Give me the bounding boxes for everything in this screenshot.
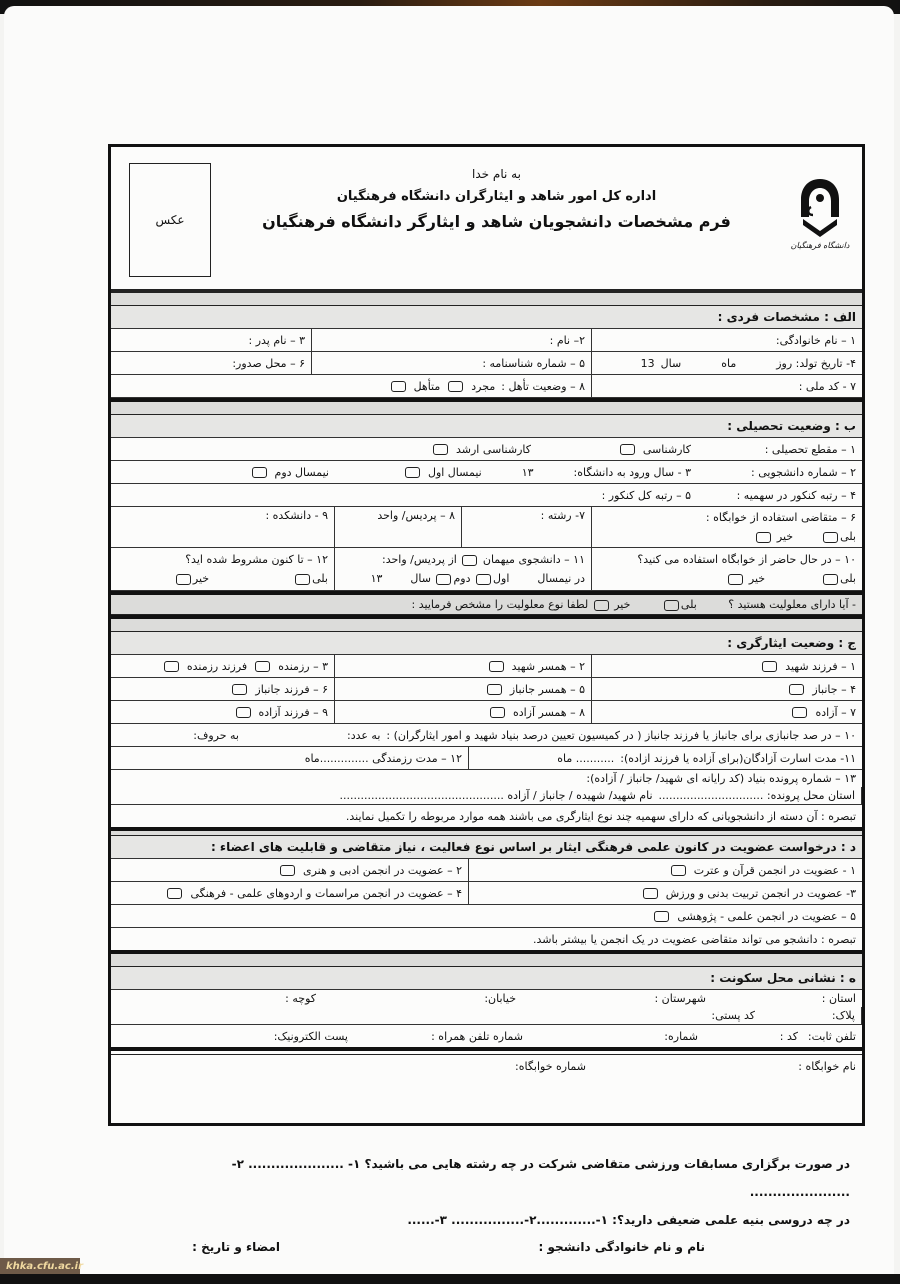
province-label[interactable]: استان : — [706, 992, 856, 1005]
section-divider — [111, 615, 862, 632]
current-yes-checkbox[interactable] — [823, 574, 838, 585]
row-sacrifice-2: ۴ – جانباز ۵ – همسر جانباز ۶ – فرزند جان… — [111, 678, 862, 701]
option-label: ۱ - عضویت در انجمن قرآن و عترت — [694, 864, 856, 877]
birth-date-field[interactable]: ۴- تاریخ تولد: روز ماه سال 13 — [592, 352, 862, 374]
disability-label: - آیا دارای معلولیت هستید ؟ — [728, 598, 856, 611]
section-b-title: ب : وضعیت تحصیلی : — [111, 415, 862, 438]
option-label: ۸ – همسر آزاده — [513, 706, 585, 719]
freed-child-option: ۹ – فرزند آزاده — [111, 701, 335, 723]
option-label: ۶ – فرزند جانباز — [255, 683, 328, 696]
probation-yes-label: بلی — [312, 572, 328, 585]
in-number-label: به عدد: — [347, 729, 380, 742]
row-names: ۱ – نام خانوادگی: ۲– نام : ۳ – نام پدر : — [111, 329, 862, 352]
address-line-2: پلاک: کد پستی: — [111, 1007, 862, 1024]
disability-specify-label: لطفا نوع معلولیت را مشخص فرمایید : — [412, 598, 589, 611]
section-divider — [111, 398, 862, 415]
sem1-checkbox[interactable] — [405, 467, 420, 478]
martyr-spouse-option: ۲ – همسر شهید — [335, 655, 592, 677]
mobile-label[interactable]: شماره تلفن همراه : — [348, 1030, 523, 1043]
probation-no-checkbox[interactable] — [176, 574, 191, 585]
martyr-child-option: ۱ – فرزند شهید — [592, 655, 862, 677]
photo-box: عکس — [129, 163, 211, 277]
c-note-text: تبصره : آن دسته از دانشجویانی که دارای س… — [346, 810, 856, 823]
martyr-name-label: نام شهید/ شهیده / جانباز / آزاده .......… — [340, 789, 653, 802]
total-rank-field[interactable]: ۵ – رتبه کل کنکور : — [111, 484, 697, 506]
section-divider — [111, 291, 862, 306]
dorm-yes-label: بلی — [840, 530, 856, 543]
freed-spouse-option: ۸ – همسر آزاده — [335, 701, 592, 723]
martyr-child-checkbox[interactable] — [762, 661, 777, 672]
row-student-no: ۲ – شماره دانشجویی : ۳ - سال ورود به دان… — [111, 461, 862, 484]
disability-row: - آیا دارای معلولیت هستید ؟ بلی خیر لطفا… — [111, 591, 862, 615]
option-label: ۴ – جانباز — [812, 683, 856, 696]
captivity-label: ۱۱- مدت اسارت آزادگان(برای آزاده یا فرزن… — [620, 752, 856, 765]
sports-assoc-checkbox[interactable] — [643, 888, 658, 899]
single-label: مجرد — [471, 380, 495, 393]
veteran-checkbox[interactable] — [255, 661, 270, 672]
major-field[interactable]: ۷- رشته : — [462, 507, 592, 547]
section-d-title: د : درخواست عضویت در کانون علمی فرهنگی ا… — [111, 836, 862, 859]
city-label[interactable]: شهرستان : — [516, 992, 706, 1005]
row-dorm-info: نام خوابگاه : شماره خوابگاه: — [111, 1055, 862, 1077]
section-a-title: الف : مشخصات فردی : — [111, 306, 862, 329]
national-code-field[interactable]: ۷ - کد ملی : — [592, 375, 862, 397]
quran-assoc-checkbox[interactable] — [671, 865, 686, 876]
combat-label: ۱۲ – مدت رزمندگی ..............ماه — [305, 752, 462, 765]
level-label-cell: ۱ – مقطع تحصیلی : — [697, 438, 862, 460]
campus-label: ۸ – پردیس/ واحد — [377, 509, 455, 522]
dorm-no-label[interactable]: شماره خوابگاه: — [515, 1060, 586, 1073]
veteran-option: ۳ – رزمنده فرزند رزمنده — [111, 655, 335, 677]
row-d-note: تبصره : دانشجو می تواند متقاضی عضویت در … — [111, 928, 862, 950]
disabled-child-option: ۶ – فرزند جانباز — [111, 678, 335, 700]
row-assoc-1: ۱ - عضویت در انجمن قرآن و عترت ۲ – عضویت… — [111, 859, 862, 882]
d-note: تبصره : دانشجو می تواند متقاضی عضویت در … — [527, 928, 862, 950]
entry-year-field: ۳ - سال ورود به دانشگاه: ۱۳ نیمسال اول ن… — [111, 461, 697, 483]
landline-label: تلفن ثابت: — [798, 1030, 856, 1043]
disability-no-label: خیر — [614, 598, 630, 611]
footer-questions: در صورت برگزاری مسابقات ورزشی متقاضی شرک… — [130, 1150, 850, 1234]
research-assoc-option: ۵ – عضویت در انجمن علمی - پژوهشی — [646, 905, 862, 927]
student-info-form: عکس دانشگاه فرهنگیان به نام خدا اداره کل… — [108, 144, 865, 1126]
row-dorm: ۶ – متقاضی استفاده از خوابگاه : بلیخیر ۷… — [111, 507, 862, 548]
national-code-label: ۷ - کد ملی : — [799, 380, 856, 393]
option-label: ۲ – عضویت در انجمن ادبی و هنری — [303, 864, 462, 877]
row-rank: ۴ – رتبه کنکور در سهمیه : ۵ – رتبه کل کن… — [111, 484, 862, 507]
year-value: 13 — [641, 357, 655, 370]
signature-date[interactable]: امضاء و تاریخ : — [192, 1240, 280, 1254]
option-label: ۹ – فرزند آزاده — [259, 706, 328, 719]
postal-code-label[interactable]: کد پستی: — [711, 1009, 755, 1022]
disabled-spouse-checkbox[interactable] — [487, 684, 502, 695]
captivity-field[interactable]: ۱۱- مدت اسارت آزادگان(برای آزاده یا فرزن… — [469, 747, 862, 769]
section-divider — [111, 1047, 862, 1055]
captivity-unit: ........... ماه — [557, 752, 614, 765]
research-assoc-checkbox[interactable] — [654, 911, 669, 922]
file-no-field[interactable]: ۱۳ – شماره پرونده بنیاد (کد رایانه ای شه… — [580, 770, 862, 787]
literary-assoc-checkbox[interactable] — [280, 865, 295, 876]
office-title: اداره کل امور شاهد و ایثارگران دانشگاه ف… — [241, 189, 752, 204]
faculty-label: ۹ - دانشکده : — [265, 509, 328, 522]
married-label: متأهل — [414, 380, 441, 393]
married-checkbox[interactable] — [391, 381, 406, 392]
row-level: ۱ – مقطع تحصیلی : کارشناسی کارشناسی ارشد — [111, 438, 862, 461]
section-e-title: ه : نشانی محل سکونت : — [111, 967, 862, 990]
entry-year-label: ۳ - سال ورود به دانشگاه: — [574, 466, 691, 479]
form-titles: به نام خدا اداره کل امور شاهد و ایثارگرا… — [241, 167, 752, 231]
sports-assoc-option: ۳- عضویت در انجمن تربیت بدنی و ورزش — [469, 882, 862, 904]
dorm-no-label: خیر — [777, 530, 793, 543]
option-label: ۴ – عضویت در انجمن مراسمات و اردوهای علم… — [190, 887, 462, 900]
master-label: کارشناسی ارشد — [456, 443, 531, 456]
campus-field[interactable]: ۸ – پردیس/ واحد — [335, 507, 462, 547]
family-name-label: ۱ – نام خانوادگی: — [776, 334, 856, 347]
section-c-title: ج : وضعیت ایثارگری : — [111, 632, 862, 655]
first-checkbox[interactable] — [476, 574, 491, 585]
guest-student-field: ۱۱ – دانشجوی میهمان از پردیس/ واحد: در ن… — [335, 548, 592, 590]
option-label: ۳ – رزمنده — [278, 660, 328, 673]
disability-percent-label: ۱۰ – در صد جانبازی برای جانباز یا فرزند … — [386, 729, 856, 742]
university-logo: دانشگاه فرهنگیان — [790, 177, 850, 261]
current-no-label: خیر — [749, 572, 765, 585]
freed-pow-checkbox[interactable] — [792, 707, 807, 718]
dorm-yes-checkbox[interactable] — [823, 532, 838, 543]
d-note-text: تبصره : دانشجو می تواند متقاضی عضویت در … — [533, 933, 856, 946]
option-label: ۲ – همسر شهید — [512, 660, 585, 673]
probation-yes-checkbox[interactable] — [295, 574, 310, 585]
sem2-label: نیمسال دوم — [275, 466, 329, 479]
from-campus-label: از پردیس/ واحد: — [382, 553, 457, 566]
dorm-current-label: ۱۰ – در حال حاضر از خوابگاه استفاده می ک… — [637, 553, 856, 566]
freed-child-checkbox[interactable] — [236, 707, 251, 718]
second-checkbox[interactable] — [436, 574, 451, 585]
literary-assoc-option: ۲ – عضویت در انجمن ادبی و هنری — [111, 859, 469, 881]
freed-spouse-checkbox[interactable] — [490, 707, 505, 718]
background-edge — [0, 1274, 900, 1284]
quran-assoc-option: ۱ - عضویت در انجمن قرآن و عترت — [469, 859, 862, 881]
c-note: تبصره : آن دسته از دانشجویانی که دارای س… — [340, 805, 862, 827]
street-label[interactable]: خیابان: — [316, 992, 516, 1005]
phone-line: تلفن ثابت: کد : شماره: شماره تلفن همراه … — [111, 1025, 862, 1047]
dorm-info-line: نام خوابگاه : شماره خوابگاه: — [509, 1055, 862, 1077]
freed-pow-option: ۷ – آزاده — [592, 701, 862, 723]
disability-yes-label: بلی — [681, 598, 697, 611]
bachelor-checkbox[interactable] — [620, 444, 635, 455]
sem2-checkbox[interactable] — [252, 467, 267, 478]
plaque-label[interactable]: پلاک: — [755, 1009, 855, 1022]
option-label: ۵ – عضویت در انجمن علمی - پژوهشی — [677, 910, 856, 923]
bismillah: به نام خدا — [241, 167, 752, 181]
row-sacrifice-3: ۷ – آزاده ۸ – همسر آزاده ۹ – فرزند آزاده — [111, 701, 862, 724]
ceremony-assoc-option: ۴ – عضویت در انجمن مراسمات و اردوهای علم… — [111, 882, 469, 904]
photo-label: عکس — [155, 213, 184, 227]
issue-place-label: ۶ – محل صدور: — [232, 357, 305, 370]
in-words-label: به حروف: — [193, 729, 239, 742]
in-semester-label: در نیمسال — [537, 572, 585, 585]
option-label: ۷ – آزاده — [815, 706, 856, 719]
weak-subjects-question[interactable]: در چه دروسی بنیه علمی ضعیفی دارید؟: ۱-..… — [130, 1206, 850, 1234]
single-checkbox[interactable] — [448, 381, 463, 392]
row-address: استان : شهرستان : خیابان: کوچه : پلاک: ک… — [111, 990, 862, 1025]
guest-year-prefix: ۱۳ — [371, 572, 383, 585]
section-divider — [111, 950, 862, 967]
row-national: ۷ - کد ملی : ۸ – وضعیت تأهل : مجرد متأهل — [111, 375, 862, 398]
month-label: ماه — [721, 357, 736, 370]
second-label: دوم — [453, 572, 470, 585]
total-rank-label: ۵ – رتبه کل کنکور : — [602, 489, 691, 502]
form-title: فرم مشخصات دانشجویان شاهد و ایثارگر دانش… — [241, 212, 752, 231]
option-label: ۳- عضویت در انجمن تربیت بدنی و ورزش — [666, 887, 856, 900]
option-label: فرزند رزمنده — [187, 660, 247, 673]
family-name-field[interactable]: ۱ – نام خانوادگی: — [592, 329, 862, 351]
quota-rank-field[interactable]: ۴ – رتبه کنکور در سهمیه : — [697, 484, 862, 506]
row-assoc-2: ۳- عضویت در انجمن تربیت بدنی و ورزش ۴ – … — [111, 882, 862, 905]
probation-label: ۱۲ – تا کنون مشروط شده اید؟ — [185, 553, 328, 566]
address-line-1: استان : شهرستان : خیابان: کوچه : — [111, 990, 862, 1007]
form-header: عکس دانشگاه فرهنگیان به نام خدا اداره کل… — [111, 147, 862, 291]
student-no-field[interactable]: ۲ – شماره دانشجویی : — [697, 461, 862, 483]
option-label: ۵ – همسر جانباز — [510, 683, 585, 696]
logo-icon — [797, 177, 843, 239]
file-province-field[interactable]: استان محل پرونده: ......................… — [334, 787, 862, 804]
combat-field[interactable]: ۱۲ – مدت رزمندگی ..............ماه — [111, 747, 469, 769]
option-label: ۱ – فرزند شهید — [785, 660, 856, 673]
probation-no-label: خیر — [193, 572, 209, 585]
father-name-label: ۳ – نام پدر : — [249, 334, 306, 347]
bachelor-label: کارشناسی — [643, 443, 691, 456]
current-no-checkbox[interactable] — [728, 574, 743, 585]
dorm-current-field: ۱۰ – در حال حاضر از خوابگاه استفاده می ک… — [592, 548, 862, 590]
row-file: ۱۳ – شماره پرونده بنیاد (کد رایانه ای شه… — [111, 770, 862, 805]
entry-year-prefix: ۱۳ — [522, 466, 534, 479]
sports-question[interactable]: در صورت برگزاری مسابقات ورزشی متقاضی شرک… — [130, 1150, 850, 1206]
code-label[interactable]: کد : — [698, 1030, 798, 1043]
issue-place-field[interactable]: ۶ – محل صدور: — [111, 352, 312, 374]
master-checkbox[interactable] — [433, 444, 448, 455]
disabled-veteran-option: ۴ – جانباز — [592, 678, 862, 700]
file-province-label: استان محل پرونده: ......................… — [659, 789, 855, 802]
guest-label: ۱۱ – دانشجوی میهمان — [483, 553, 585, 566]
major-label: ۷- رشته : — [541, 509, 585, 522]
number-label[interactable]: شماره: — [523, 1030, 698, 1043]
guest-checkbox[interactable] — [462, 555, 477, 566]
quota-rank-label: ۴ – رتبه کنکور در سهمیه : — [737, 489, 856, 502]
row-birth: ۴- تاریخ تولد: روز ماه سال 13 ۵ – شماره … — [111, 352, 862, 375]
level-label: ۱ – مقطع تحصیلی : — [765, 443, 856, 456]
disabled-child-checkbox[interactable] — [232, 684, 247, 695]
year-label: سال — [661, 357, 682, 370]
birth-date-label: ۴- تاریخ تولد: روز — [776, 357, 856, 370]
current-yes-label: بلی — [840, 572, 856, 585]
sem1-label: نیمسال اول — [428, 466, 482, 479]
veteran-child-checkbox[interactable] — [164, 661, 179, 672]
marital-status-field: ۸ – وضعیت تأهل : مجرد متأهل — [111, 375, 592, 397]
row-captivity: ۱۱- مدت اسارت آزادگان(برای آزاده یا فرزن… — [111, 747, 862, 770]
row-sacrifice-1: ۱ – فرزند شهید ۲ – همسر شهید ۳ – رزمنده … — [111, 655, 862, 678]
disability-yes-checkbox[interactable] — [664, 600, 679, 611]
id-number-label: ۵ – شماره شناسنامه : — [482, 357, 585, 370]
disabled-veteran-checkbox[interactable] — [789, 684, 804, 695]
dorm-no-checkbox[interactable] — [756, 532, 771, 543]
disability-percent-field[interactable]: ۱۰ – در صد جانبازی برای جانباز یا فرزند … — [111, 724, 862, 746]
row-phone: تلفن ثابت: کد : شماره: شماره تلفن همراه … — [111, 1025, 862, 1047]
row-assoc-3: ۵ – عضویت در انجمن علمی - پژوهشی — [111, 905, 862, 928]
faculty-field[interactable]: ۹ - دانشکده : — [111, 507, 335, 547]
guest-year-label: سال — [410, 572, 431, 585]
disability-no-checkbox[interactable] — [594, 600, 609, 611]
bachelor-option: کارشناسی — [537, 438, 697, 460]
master-option: کارشناسی ارشد — [111, 438, 537, 460]
file-no-label: ۱۳ – شماره پرونده بنیاد (کد رایانه ای شه… — [586, 772, 856, 785]
dorm-name-label[interactable]: نام خوابگاه : — [586, 1060, 856, 1073]
ceremony-assoc-checkbox[interactable] — [167, 888, 182, 899]
row-c-note: تبصره : آن دسته از دانشجویانی که دارای س… — [111, 805, 862, 827]
dorm-request-field: ۶ – متقاضی استفاده از خوابگاه : بلیخیر — [592, 507, 862, 547]
marital-label: ۸ – وضعیت تأهل : — [501, 380, 585, 393]
first-label: اول — [493, 572, 509, 585]
father-name-field[interactable]: ۳ – نام پدر : — [111, 329, 312, 351]
martyr-spouse-checkbox[interactable] — [489, 661, 504, 672]
email-label[interactable]: پست الکترونیک: — [274, 1030, 348, 1043]
probation-field: ۱۲ – تا کنون مشروط شده اید؟ بلیخیر — [111, 548, 335, 590]
name-label: ۲– نام : — [550, 334, 585, 347]
dorm-request-label: ۶ – متقاضی استفاده از خوابگاه : — [706, 511, 856, 524]
row-dorm-current: ۱۰ – در حال حاضر از خوابگاه استفاده می ک… — [111, 548, 862, 591]
row-disability-percent: ۱۰ – در صد جانبازی برای جانباز یا فرزند … — [111, 724, 862, 747]
student-name-signature[interactable]: نام و نام خانوادگی دانشجو : — [539, 1240, 706, 1254]
section-divider — [111, 827, 862, 836]
student-no-label: ۲ – شماره دانشجویی : — [751, 466, 856, 479]
disabled-spouse-option: ۵ – همسر جانباز — [335, 678, 592, 700]
id-number-field[interactable]: ۵ – شماره شناسنامه : — [312, 352, 592, 374]
name-field[interactable]: ۲– نام : — [312, 329, 592, 351]
logo-caption: دانشگاه فرهنگیان — [791, 241, 850, 250]
alley-label[interactable]: کوچه : — [285, 992, 316, 1005]
